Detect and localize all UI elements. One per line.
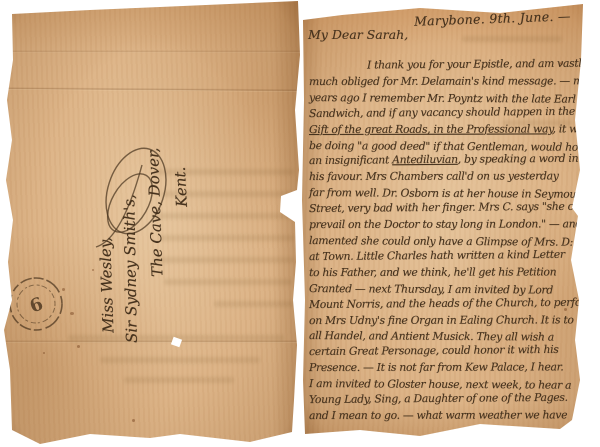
address-leaf-page: 6 Miss Wesley,Sir Sydney Smith's,The Cav… <box>4 1 302 446</box>
bleed-through-ghost <box>214 301 294 307</box>
letter-line: Young Lady, Sing, a Daughter of one of t… <box>309 390 587 408</box>
bleed-through-ghost <box>462 36 562 42</box>
letter-line: at Town. Little Charles hath written a k… <box>309 246 587 264</box>
letter-line: much obliged for Mr. Delamain's kind mes… <box>309 73 587 90</box>
fold-crease <box>4 87 302 92</box>
letter-line: Gift of the great Roads, in the Professi… <box>309 121 587 138</box>
letter-line: Presence. — It is not far from Kew Palac… <box>309 359 587 376</box>
letter-line: and I mean to go. — what warm weather we… <box>309 407 587 424</box>
letter-body: I thank you for your Epistle, and am vas… <box>309 58 587 424</box>
letter-line: certain Great Personage, could honor it … <box>309 342 587 360</box>
letter-line: Street, very bad with her finger. Mrs C.… <box>309 199 587 217</box>
letter-line: I thank you for your Epistle, and am vas… <box>309 56 587 74</box>
letter-line: on Mrs Udny's fine Organ in Ealing Churc… <box>309 312 587 329</box>
letter-line: Sandwich, and if any vacancy should happ… <box>309 103 587 121</box>
letter-salutation: My Dear Sarah, <box>308 27 408 42</box>
bleed-through-ghost <box>100 357 260 363</box>
letter-line: his favour. Mrs Chambers call'd on us ye… <box>309 169 587 186</box>
postmark-numeral: 6 <box>27 293 46 317</box>
letter-line: prevail on the Doctor to stay long in Lo… <box>309 216 587 233</box>
address-line: Kent. <box>166 134 195 207</box>
address-line: The Cave, Dover, <box>141 135 171 278</box>
bleed-through-ghost <box>124 377 234 383</box>
letter-page: Marybone. 9th. June. — My Dear Sarah, I … <box>302 2 590 438</box>
foxing-spot <box>77 345 80 348</box>
foxing-spot <box>70 312 74 315</box>
letter-dateline: Marybone. 9th. June. — <box>414 8 571 28</box>
address-line: Sir Sydney Smith's, <box>116 135 145 343</box>
postmark-stamp: 6 <box>6 273 66 335</box>
foxing-spot <box>43 352 45 354</box>
address-block: Miss Wesley,Sir Sydney Smith's,The Cave,… <box>93 135 197 345</box>
fold-crease <box>4 50 302 53</box>
letter-line: Mount Norris, and the heads of the Churc… <box>309 294 587 312</box>
foxing-spot <box>132 419 135 422</box>
letter-scan: 6 Miss Wesley,Sir Sydney Smith's,The Cav… <box>0 0 600 447</box>
letter-line: an insignificant Antediluvian, by speaki… <box>309 151 587 169</box>
letter-line: to his Father, and we think, he'll get h… <box>309 264 587 281</box>
